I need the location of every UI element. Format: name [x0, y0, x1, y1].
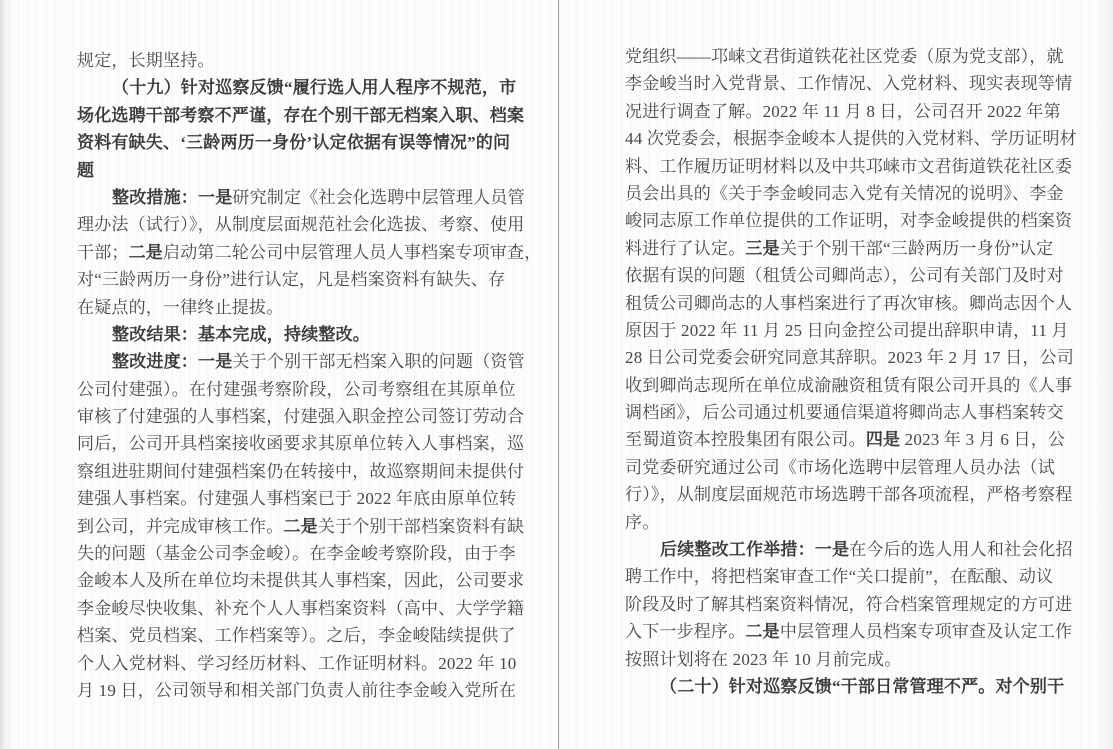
- text-segment: 研究制定《社会化选聘中层管理人员管: [232, 188, 524, 207]
- text-segment: 审核了付建强的人事档案，付建强入职金控公司签订劳动合: [77, 407, 524, 426]
- text-line: 失的问题（基金公司李金峻）。在李金峻考察阶段，由于李: [77, 540, 539, 567]
- text-segment: 在今后的选人用人和社会化招: [849, 540, 1073, 559]
- text-line: 至蜀道资本控股集团有限公司。四是 2023 年 3 月 6 日，公: [625, 426, 1087, 453]
- text-line: 题: [77, 157, 539, 184]
- text-line: 聘工作中，将把档案审查工作“关口提前”，在酝酿、动议: [625, 563, 1087, 590]
- text-segment: 建强人事档案。付建强人事档案已于 2022 年底由原单位转: [77, 489, 516, 508]
- text-line: 料、工作履历证明材料以及中共邛崃市文君街道铁花社区委: [625, 153, 1087, 180]
- text-line: 依据有误的问题（租赁公司卿尚志），公司有关部门及时对: [625, 262, 1087, 289]
- text-line: 建强人事档案。付建强人事档案已于 2022 年底由原单位转: [77, 485, 539, 512]
- text-segment: 况进行调查了解。2022 年 11 月 8 日，公司召开 2022 年第: [625, 102, 1061, 121]
- right-page-text-block: 党组织——邛崃文君街道铁花社区党委（原为党支部），就李金峻当时入党背景、工作情况…: [625, 43, 1087, 700]
- text-segment: 中层管理人员档案专项审查及认定工作: [780, 622, 1072, 641]
- text-segment: 28 日公司党委会研究同意其辞职。2023 年 2 月 17 日，公司: [625, 348, 1074, 367]
- text-segment: 三是: [745, 239, 779, 258]
- text-line: 月 19 日，公司领导和相关部门负责人前往李金峻入党所在: [77, 677, 539, 704]
- text-segment: 后续整改工作举措：: [660, 540, 815, 559]
- text-line: 行）》，从制度层面规范市场选聘干部各项流程，严格考察程: [625, 481, 1087, 508]
- text-segment: 二是: [129, 243, 163, 262]
- text-segment: 原因于 2022 年 11 月 25 日向金控公司提出辞职申请，11 月: [625, 321, 1069, 340]
- text-line: （二十）针对巡察反馈“干部日常管理不严。对个别干: [625, 673, 1087, 700]
- text-segment: 对“三龄两历一身份”进行认定，凡是档案资料有缺失、存: [77, 270, 505, 289]
- text-line: 44 次党委会，根据李金峻本人提供的入党材料、学历证明材: [625, 125, 1087, 152]
- text-segment: 至蜀道资本控股集团有限公司。: [625, 430, 866, 449]
- text-segment: 金峻本人及所在单位均未提供其人事档案，因此，公司要求: [77, 571, 524, 590]
- document-page-left: 规定，长期坚持。（十九）针对巡察反馈“履行选人用人程序不规范，市场化选聘干部考察…: [0, 0, 558, 749]
- left-page-text-block: 规定，长期坚持。（十九）针对巡察反馈“履行选人用人程序不规范，市场化选聘干部考察…: [77, 47, 539, 704]
- text-segment: 个人入党材料、学习经历材料、工作证明材料。2022 年 10: [77, 654, 517, 673]
- text-line: 调档函》，后公司通过机要通信渠道将卿尚志人事档案转交: [625, 399, 1087, 426]
- text-segment: 阶段及时了解其档案资料情况，符合档案管理规定的方可进: [625, 595, 1072, 614]
- text-line: 公司付建强）。在付建强考察阶段，公司考察组在其原单位: [77, 376, 539, 403]
- text-segment: 整改结果：基本完成，持续整改。: [112, 325, 370, 344]
- text-segment: 题: [77, 161, 94, 180]
- text-line: 个人入党材料、学习经历材料、工作证明材料。2022 年 10: [77, 650, 539, 677]
- text-segment: 到公司，并完成审核工作。: [77, 517, 283, 536]
- text-segment: 理办法（试行）》，从制度层面规范社会化选拔、考察、使用: [77, 215, 524, 234]
- text-line: 员会出具的《关于李金峻同志入党有关情况的说明》、李金: [625, 180, 1087, 207]
- text-segment: 入下一步程序。: [625, 622, 745, 641]
- text-segment: 序。: [625, 513, 659, 532]
- text-segment: 档案、党员档案、工作档案等）。之后，李金峻陆续提供了: [77, 626, 516, 645]
- text-segment: 2023 年 3 月 6 日，公: [900, 430, 1065, 449]
- text-line: 入下一步程序。二是中层管理人员档案专项审查及认定工作: [625, 618, 1087, 645]
- text-line: 原因于 2022 年 11 月 25 日向金控公司提出辞职申请，11 月: [625, 317, 1087, 344]
- text-segment: 44 次党委会，根据李金峻本人提供的入党材料、学历证明材: [625, 129, 1077, 148]
- text-line: 规定，长期坚持。: [77, 47, 539, 74]
- text-line: 整改措施：一是研究制定《社会化选聘中层管理人员管: [77, 184, 539, 211]
- text-segment: （十九）针对巡察反馈“履行选人用人程序不规范，市: [112, 78, 516, 97]
- text-segment: 察组进驻期间付建强档案仍在转接中，故巡察期间未提供付: [77, 462, 524, 481]
- text-segment: 关于个别干部“三龄两历一身份”认定: [780, 239, 1054, 258]
- text-segment: 调档函》，后公司通过机要通信渠道将卿尚志人事档案转交: [625, 403, 1064, 422]
- text-segment: 场化选聘干部考察不严谨，存在个别干部无档案入职、档案: [77, 106, 524, 125]
- text-segment: 料进行了认定。: [625, 239, 745, 258]
- text-segment: 料、工作履历证明材料以及中共邛崃市文君街道铁花社区委: [625, 157, 1072, 176]
- text-line: 察组进驻期间付建强档案仍在转接中，故巡察期间未提供付: [77, 458, 539, 485]
- page-divider: [558, 0, 559, 749]
- text-line: 金峻本人及所在单位均未提供其人事档案，因此，公司要求: [77, 567, 539, 594]
- text-line: 资料有缺失、‘三龄两历一身份’认定依据有误等情况”的问: [77, 129, 539, 156]
- text-segment: 司党委研究通过公司《市场化选聘中层管理人员办法（试: [625, 458, 1055, 477]
- text-segment: 资料有缺失、‘三龄两历一身份’认定依据有误等情况”的问: [77, 133, 510, 152]
- text-line: 干部；二是启动第二轮公司中层管理人员人事档案专项审查，: [77, 239, 539, 266]
- text-line: 党组织——邛崃文君街道铁花社区党委（原为党支部），就: [625, 43, 1087, 70]
- text-line: 司党委研究通过公司《市场化选聘中层管理人员办法（试: [625, 454, 1087, 481]
- text-line: 况进行调查了解。2022 年 11 月 8 日，公司召开 2022 年第: [625, 98, 1087, 125]
- text-line: 整改进度：一是关于个别干部无档案入职的问题（资管: [77, 348, 539, 375]
- document-page-right: 党组织——邛崃文君街道铁花社区党委（原为党支部），就李金峻当时入党背景、工作情况…: [559, 0, 1113, 749]
- text-line: 对“三龄两历一身份”进行认定，凡是档案资料有缺失、存: [77, 266, 539, 293]
- text-segment: 按照计划将在 2023 年 10 月前完成。: [625, 650, 901, 669]
- text-segment: 二是: [745, 622, 779, 641]
- text-segment: 失的问题（基金公司李金峻）。在李金峻考察阶段，由于李: [77, 544, 516, 563]
- text-segment: 关于个别干部无档案入职的问题（资管: [232, 352, 524, 371]
- text-segment: 在疑点的，一律终止提拔。: [77, 298, 283, 317]
- text-segment: （二十）针对巡察反馈“干部日常管理不严。对个别干: [660, 677, 1064, 696]
- text-line: 在疑点的，一律终止提拔。: [77, 294, 539, 321]
- text-segment: 依据有误的问题（租赁公司卿尚志），公司有关部门及时对: [625, 266, 1064, 285]
- text-line: 后续整改工作举措：一是在今后的选人用人和社会化招: [625, 536, 1087, 563]
- text-segment: 四是: [866, 430, 900, 449]
- text-segment: 同后，公司开具档案接收函要求其原单位转入人事档案，巡: [77, 434, 524, 453]
- text-segment: 聘工作中，将把档案审查工作“关口提前”，在酝酿、动议: [625, 567, 1053, 586]
- text-segment: 李金峻当时入党背景、工作情况、入党材料、现实表现等情: [625, 74, 1072, 93]
- text-line: 李金峻尽快收集、补充个人人事档案资料（高中、大学学籍: [77, 595, 539, 622]
- text-line: 料进行了认定。三是关于个别干部“三龄两历一身份”认定: [625, 235, 1087, 262]
- text-segment: 一是: [815, 540, 849, 559]
- text-line: 收到卿尚志现所在单位成渝融资租赁有限公司开具的《人事: [625, 372, 1087, 399]
- text-segment: 一是: [198, 352, 232, 371]
- text-line: 同后，公司开具档案接收函要求其原单位转入人事档案，巡: [77, 430, 539, 457]
- text-segment: 收到卿尚志现所在单位成渝融资租赁有限公司开具的《人事: [625, 376, 1072, 395]
- text-segment: 关于个别干部档案资料有缺: [318, 517, 524, 536]
- text-segment: 规定，长期坚持。: [77, 51, 215, 70]
- text-segment: 二是: [283, 517, 317, 536]
- text-line: 场化选聘干部考察不严谨，存在个别干部无档案入职、档案: [77, 102, 539, 129]
- text-segment: 一是: [198, 188, 232, 207]
- text-line: 租赁公司卿尚志的人事档案进行了再次审核。卿尚志因个人: [625, 290, 1087, 317]
- text-segment: 租赁公司卿尚志的人事档案进行了再次审核。卿尚志因个人: [625, 294, 1072, 313]
- text-segment: 峻同志原工作单位提供的工作证明，对李金峻提供的档案资: [625, 211, 1072, 230]
- text-segment: 启动第二轮公司中层管理人员人事档案专项审查，: [163, 243, 541, 262]
- text-segment: 月 19 日，公司领导和相关部门负责人前往李金峻入党所在: [77, 681, 516, 700]
- text-segment: 公司付建强）。在付建强考察阶段，公司考察组在其原单位: [77, 380, 516, 399]
- text-segment: 李金峻尽快收集、补充个人人事档案资料（高中、大学学籍: [77, 599, 524, 618]
- text-line: 阶段及时了解其档案资料情况，符合档案管理规定的方可进: [625, 591, 1087, 618]
- text-line: 档案、党员档案、工作档案等）。之后，李金峻陆续提供了: [77, 622, 539, 649]
- text-segment: 整改措施：: [112, 188, 198, 207]
- text-line: 28 日公司党委会研究同意其辞职。2023 年 2 月 17 日，公司: [625, 344, 1087, 371]
- text-line: 理办法（试行）》，从制度层面规范社会化选拔、考察、使用: [77, 211, 539, 238]
- text-line: 序。: [625, 509, 1087, 536]
- text-line: 按照计划将在 2023 年 10 月前完成。: [625, 646, 1087, 673]
- text-line: 审核了付建强的人事档案，付建强入职金控公司签订劳动合: [77, 403, 539, 430]
- text-line: 峻同志原工作单位提供的工作证明，对李金峻提供的档案资: [625, 207, 1087, 234]
- text-segment: 员会出具的《关于李金峻同志入党有关情况的说明》、李金: [625, 184, 1064, 203]
- text-line: 整改结果：基本完成，持续整改。: [77, 321, 539, 348]
- scanned-document-spread: 规定，长期坚持。（十九）针对巡察反馈“履行选人用人程序不规范，市场化选聘干部考察…: [0, 0, 1113, 749]
- text-line: （十九）针对巡察反馈“履行选人用人程序不规范，市: [77, 74, 539, 101]
- text-segment: 整改进度：: [112, 352, 198, 371]
- text-line: 李金峻当时入党背景、工作情况、入党材料、现实表现等情: [625, 70, 1087, 97]
- text-segment: 干部；: [77, 243, 129, 262]
- text-segment: 党组织——邛崃文君街道铁花社区党委（原为党支部），就: [625, 47, 1064, 66]
- text-line: 到公司，并完成审核工作。二是关于个别干部档案资料有缺: [77, 513, 539, 540]
- text-segment: 行）》，从制度层面规范市场选聘干部各项流程，严格考察程: [625, 485, 1072, 504]
